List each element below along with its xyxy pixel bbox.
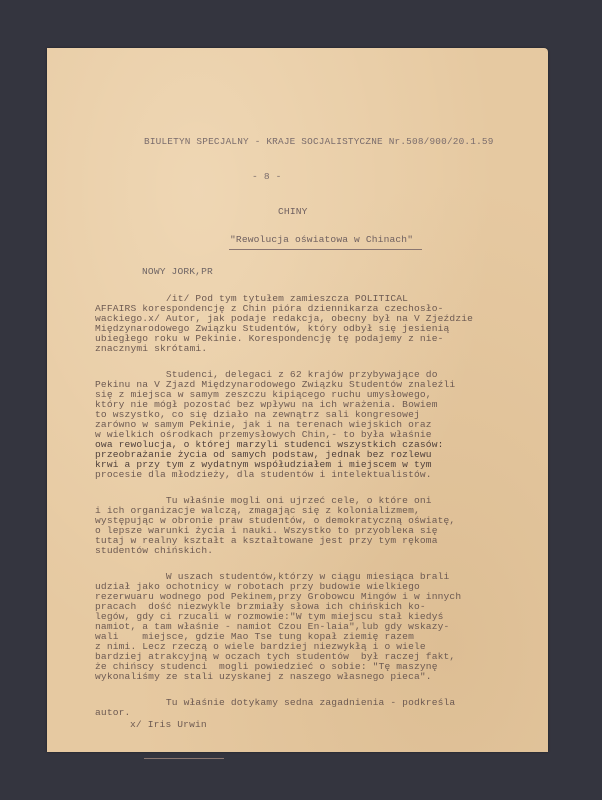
body-line: autor.: [95, 708, 130, 718]
dateline: NOWY JORK,PR: [142, 267, 213, 277]
body-line: procesie dla młodzieży, dla studentów i …: [95, 470, 432, 480]
body-line: znacznymi skrótami.: [95, 344, 207, 354]
bulletin-header: BIULETYN SPECJALNY - KRAJE SOCJALISTYCZN…: [144, 137, 494, 147]
body-line: Tu właśnie dotykamy sedna zagadnienia - …: [95, 698, 455, 708]
article-title: "Rewolucja oświatowa w Chinach": [230, 235, 413, 245]
title-underline: [229, 249, 422, 250]
footnote-overline: [144, 758, 224, 759]
country-heading: CHINY: [278, 207, 308, 217]
body-line: studentów chińskich.: [95, 546, 213, 556]
page-number: - 8 -: [252, 172, 282, 182]
body-line: wykonaliśmy ze stali uzyskanej z naszego…: [95, 672, 432, 682]
document-page: BIULETYN SPECJALNY - KRAJE SOCJALISTYCZN…: [47, 48, 548, 752]
footnote-author: x/ Iris Urwin: [130, 720, 207, 730]
